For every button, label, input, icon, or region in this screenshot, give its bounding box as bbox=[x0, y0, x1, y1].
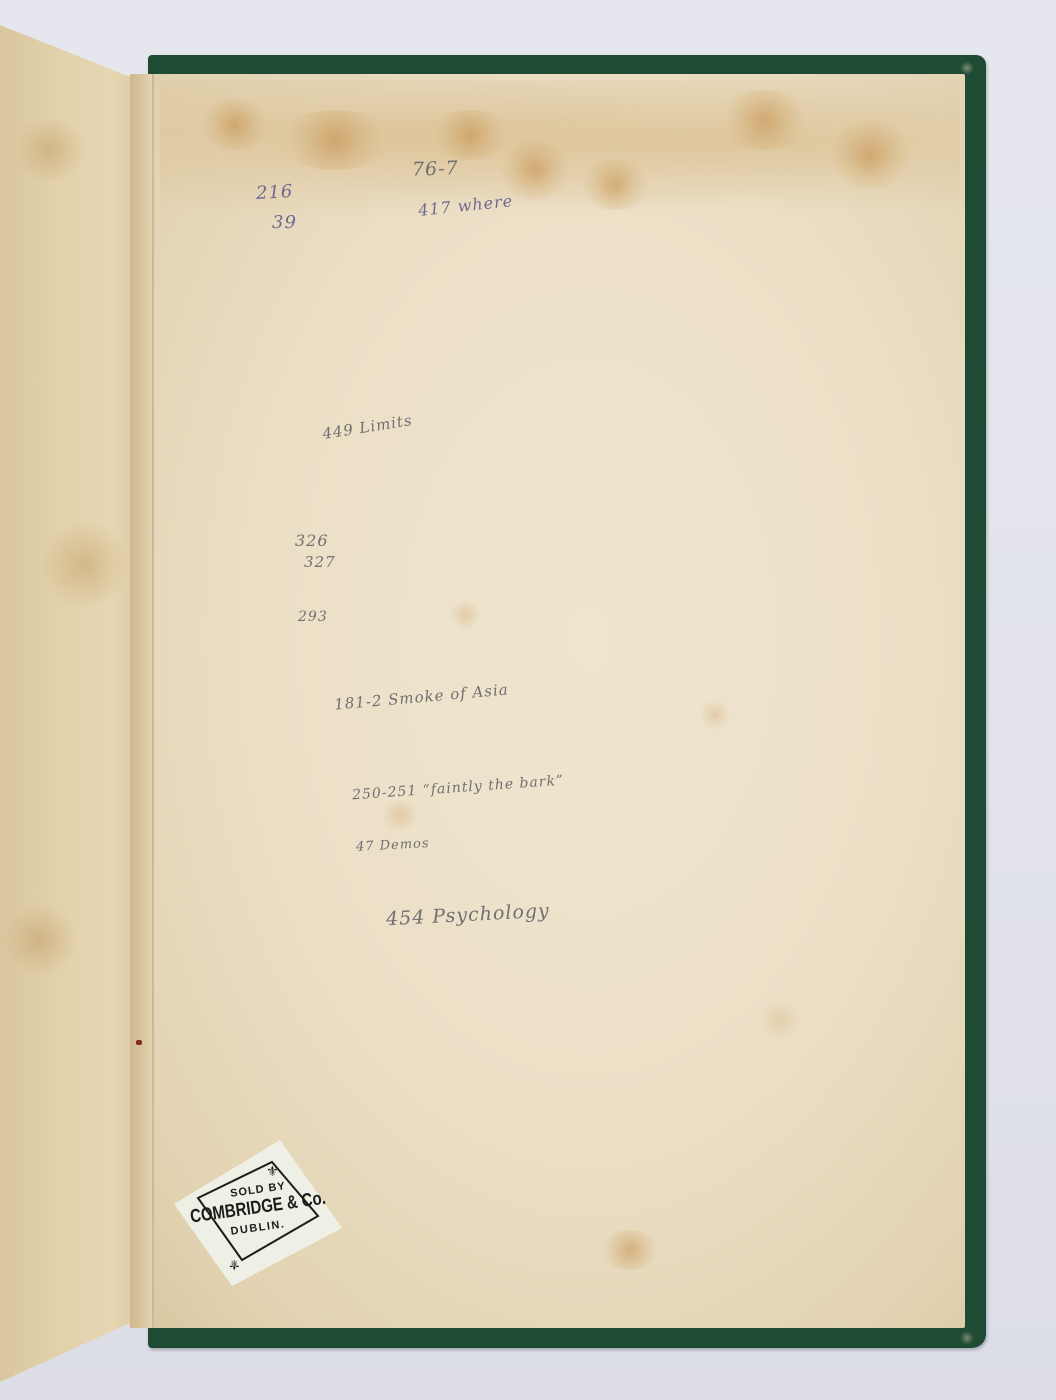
foxing-spot bbox=[600, 1230, 660, 1270]
foxing-spot bbox=[700, 700, 730, 730]
annotation-216: 216 bbox=[255, 181, 293, 204]
left-endpaper bbox=[0, 0, 150, 1400]
stain bbox=[10, 120, 90, 180]
bookseller-ticket: ⚜ ⚜ SOLD BY COMBRIDGE & Co. DUBLIN. bbox=[170, 1136, 342, 1286]
foxing-spot bbox=[280, 110, 390, 170]
stain bbox=[40, 520, 130, 610]
foxing-spot bbox=[580, 160, 650, 210]
foxing-spot bbox=[450, 600, 480, 630]
annotation-293: 293 bbox=[298, 609, 328, 625]
annotation-39: 39 bbox=[272, 212, 297, 233]
foxing-spot bbox=[830, 120, 910, 190]
foxing-spot bbox=[200, 100, 270, 150]
fleur-de-lis-icon: ⚜ bbox=[266, 1164, 279, 1180]
foxing-spot bbox=[380, 800, 420, 830]
hinge-fold bbox=[152, 74, 154, 1328]
annotation-76-7: 76-7 bbox=[412, 157, 459, 181]
stain bbox=[5, 900, 75, 980]
annotation-326: 326 bbox=[295, 531, 329, 550]
worn-corner bbox=[960, 1331, 974, 1345]
annotation-327: 327 bbox=[304, 553, 336, 571]
gutter bbox=[130, 74, 154, 1328]
foxing-spot bbox=[720, 90, 810, 150]
fleur-de-lis-icon: ⚜ bbox=[228, 1256, 241, 1272]
worn-corner bbox=[960, 61, 974, 75]
red-spot bbox=[136, 1040, 142, 1045]
foxing-spot bbox=[430, 110, 510, 160]
foxing-spot bbox=[760, 1000, 800, 1040]
